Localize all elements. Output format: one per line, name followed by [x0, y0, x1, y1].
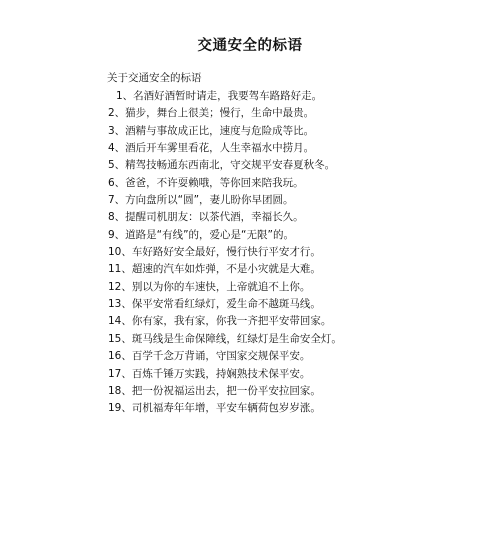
list-item: 10、车好路好安全最好，慢行快行平安才行。	[108, 244, 342, 261]
list-item: 2、猫步，舞台上很美；慢行，生命中最贵。	[108, 105, 342, 122]
list-item: 9、道路是“有线”的，爱心是“无限”的。	[108, 227, 342, 244]
list-item: 18、把一份祝福运出去，把一份平安拉回家。	[108, 383, 342, 400]
list-item: 14、你有家，我有家，你我一齐把平安带回家。	[108, 313, 342, 330]
slogan-list: 1、名酒好酒暂时请走，我要驾车路路好走。 2、猫步，舞台上很美；慢行，生命中最贵…	[108, 88, 342, 418]
list-item: 4、酒后开车雾里看花，人生幸福水中捞月。	[108, 140, 342, 157]
document-title: 交通安全的标语	[0, 34, 500, 55]
list-item: 1、名酒好酒暂时请走，我要驾车路路好走。	[108, 88, 342, 105]
list-item: 13、保平安常看红绿灯，爱生命不越斑马线。	[108, 296, 342, 313]
list-item: 16、百学千念万背诵，守国家交规保平安。	[108, 348, 342, 365]
list-item: 19、司机福寿年年增，平安车辆荷包岁岁涨。	[108, 400, 342, 417]
list-item: 3、酒精与事故成正比，速度与危险成等比。	[108, 123, 342, 140]
list-item: 8、提醒司机朋友：以茶代酒，幸福长久。	[108, 209, 342, 226]
list-item: 12、别以为你的车速快，上帝就追不上你。	[108, 279, 342, 296]
list-item: 11、超速的汽车如炸弹，不是小灾就是大难。	[108, 261, 342, 278]
list-item: 6、爸爸，不许耍赖哦，等你回来陪我玩。	[108, 175, 342, 192]
list-item: 17、百炼千锤万实践，持娴熟技术保平安。	[108, 366, 342, 383]
document-subtitle: 关于交通安全的标语	[107, 70, 202, 85]
list-item: 7、方向盘所以“圆”，妻儿盼你早团圆。	[108, 192, 342, 209]
list-item: 5、精驾技畅通东西南北，守交规平安春夏秋冬。	[108, 157, 342, 174]
list-item: 15、斑马线是生命保障线，红绿灯是生命安全灯。	[108, 331, 342, 348]
